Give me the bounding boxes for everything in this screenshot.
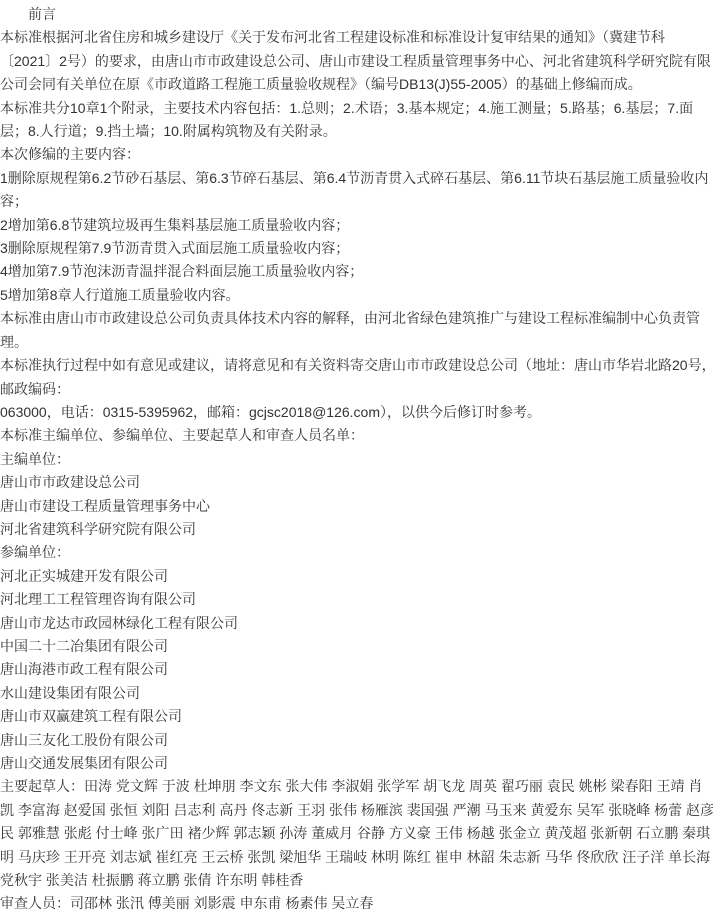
paragraph: 本次修编的主要内容：	[0, 143, 716, 166]
document-title: 前言	[0, 3, 716, 26]
paragraph: 参编单位：	[0, 541, 716, 564]
paragraph: 本标准共分10章1个附录，主要技术内容包括：1.总则；2.术语；3.基本规定；4…	[0, 97, 716, 144]
paragraph: 4增加第7.9节泡沫沥青温拌混合料面层施工质量验收内容；	[0, 260, 716, 283]
paragraph: 唐山市龙达市政园林绿化工程有限公司	[0, 612, 716, 635]
paragraph: 唐山市建设工程质量管理事务中心	[0, 495, 716, 518]
paragraph: 唐山市市政建设总公司	[0, 471, 716, 494]
paragraph: 本标准根据河北省住房和城乡建设厅《关于发布河北省工程建设标准和标准设计复审结果的…	[0, 26, 716, 96]
paragraph: 河北省建筑科学研究院有限公司	[0, 518, 716, 541]
paragraph: 唐山三友化工股份有限公司	[0, 729, 716, 752]
paragraph: 2增加第6.8节建筑垃圾再生集料基层施工质量验收内容；	[0, 214, 716, 237]
paragraph: 1删除原规程第6.2节砂石基层、第6.3节碎石基层、第6.4节沥青贯入式碎石基层…	[0, 167, 716, 214]
paragraph: 本标准由唐山市市政建设总公司负责具体技术内容的解释，由河北省绿色建筑推广与建设工…	[0, 307, 716, 354]
paragraph: 河北正实城建开发有限公司	[0, 565, 716, 588]
paragraph: 主编单位：	[0, 448, 716, 471]
document-body: 前言 本标准根据河北省住房和城乡建设厅《关于发布河北省工程建设标准和标准设计复审…	[0, 0, 716, 916]
paragraph: 唐山交通发展集团有限公司	[0, 752, 716, 775]
paragraph: 5增加第8章人行道施工质量验收内容。	[0, 284, 716, 307]
paragraph: 唐山海港市政工程有限公司	[0, 658, 716, 681]
paragraph: 本标准执行过程中如有意见或建议，请将意见和有关资料寄交唐山市市政建设总公司（地址…	[0, 354, 716, 401]
paragraph: 3删除原规程第7.9节沥青贯入式面层施工质量验收内容；	[0, 237, 716, 260]
paragraph: 063000，电话：0315-5395962，邮箱：gcjsc2018@126.…	[0, 401, 716, 424]
paragraph: 唐山市双赢建筑工程有限公司	[0, 705, 716, 728]
paragraph: 河北理工工程管理咨询有限公司	[0, 588, 716, 611]
paragraph-list: 本标准根据河北省住房和城乡建设厅《关于发布河北省工程建设标准和标准设计复审结果的…	[0, 26, 716, 915]
paragraph: 中国二十二冶集团有限公司	[0, 635, 716, 658]
paragraph: 审查人员：司邵林 张汛 傅美丽 刘影震 申东甫 杨素伟 吴立春	[0, 892, 716, 915]
paragraph: 主要起草人：田涛 党文辉 于波 杜坤朋 李文东 张大伟 李淑娟 张学军 胡飞龙 …	[0, 775, 716, 892]
paragraph: 本标准主编单位、参编单位、主要起草人和审查人员名单：	[0, 424, 716, 447]
paragraph: 水山建设集团有限公司	[0, 682, 716, 705]
